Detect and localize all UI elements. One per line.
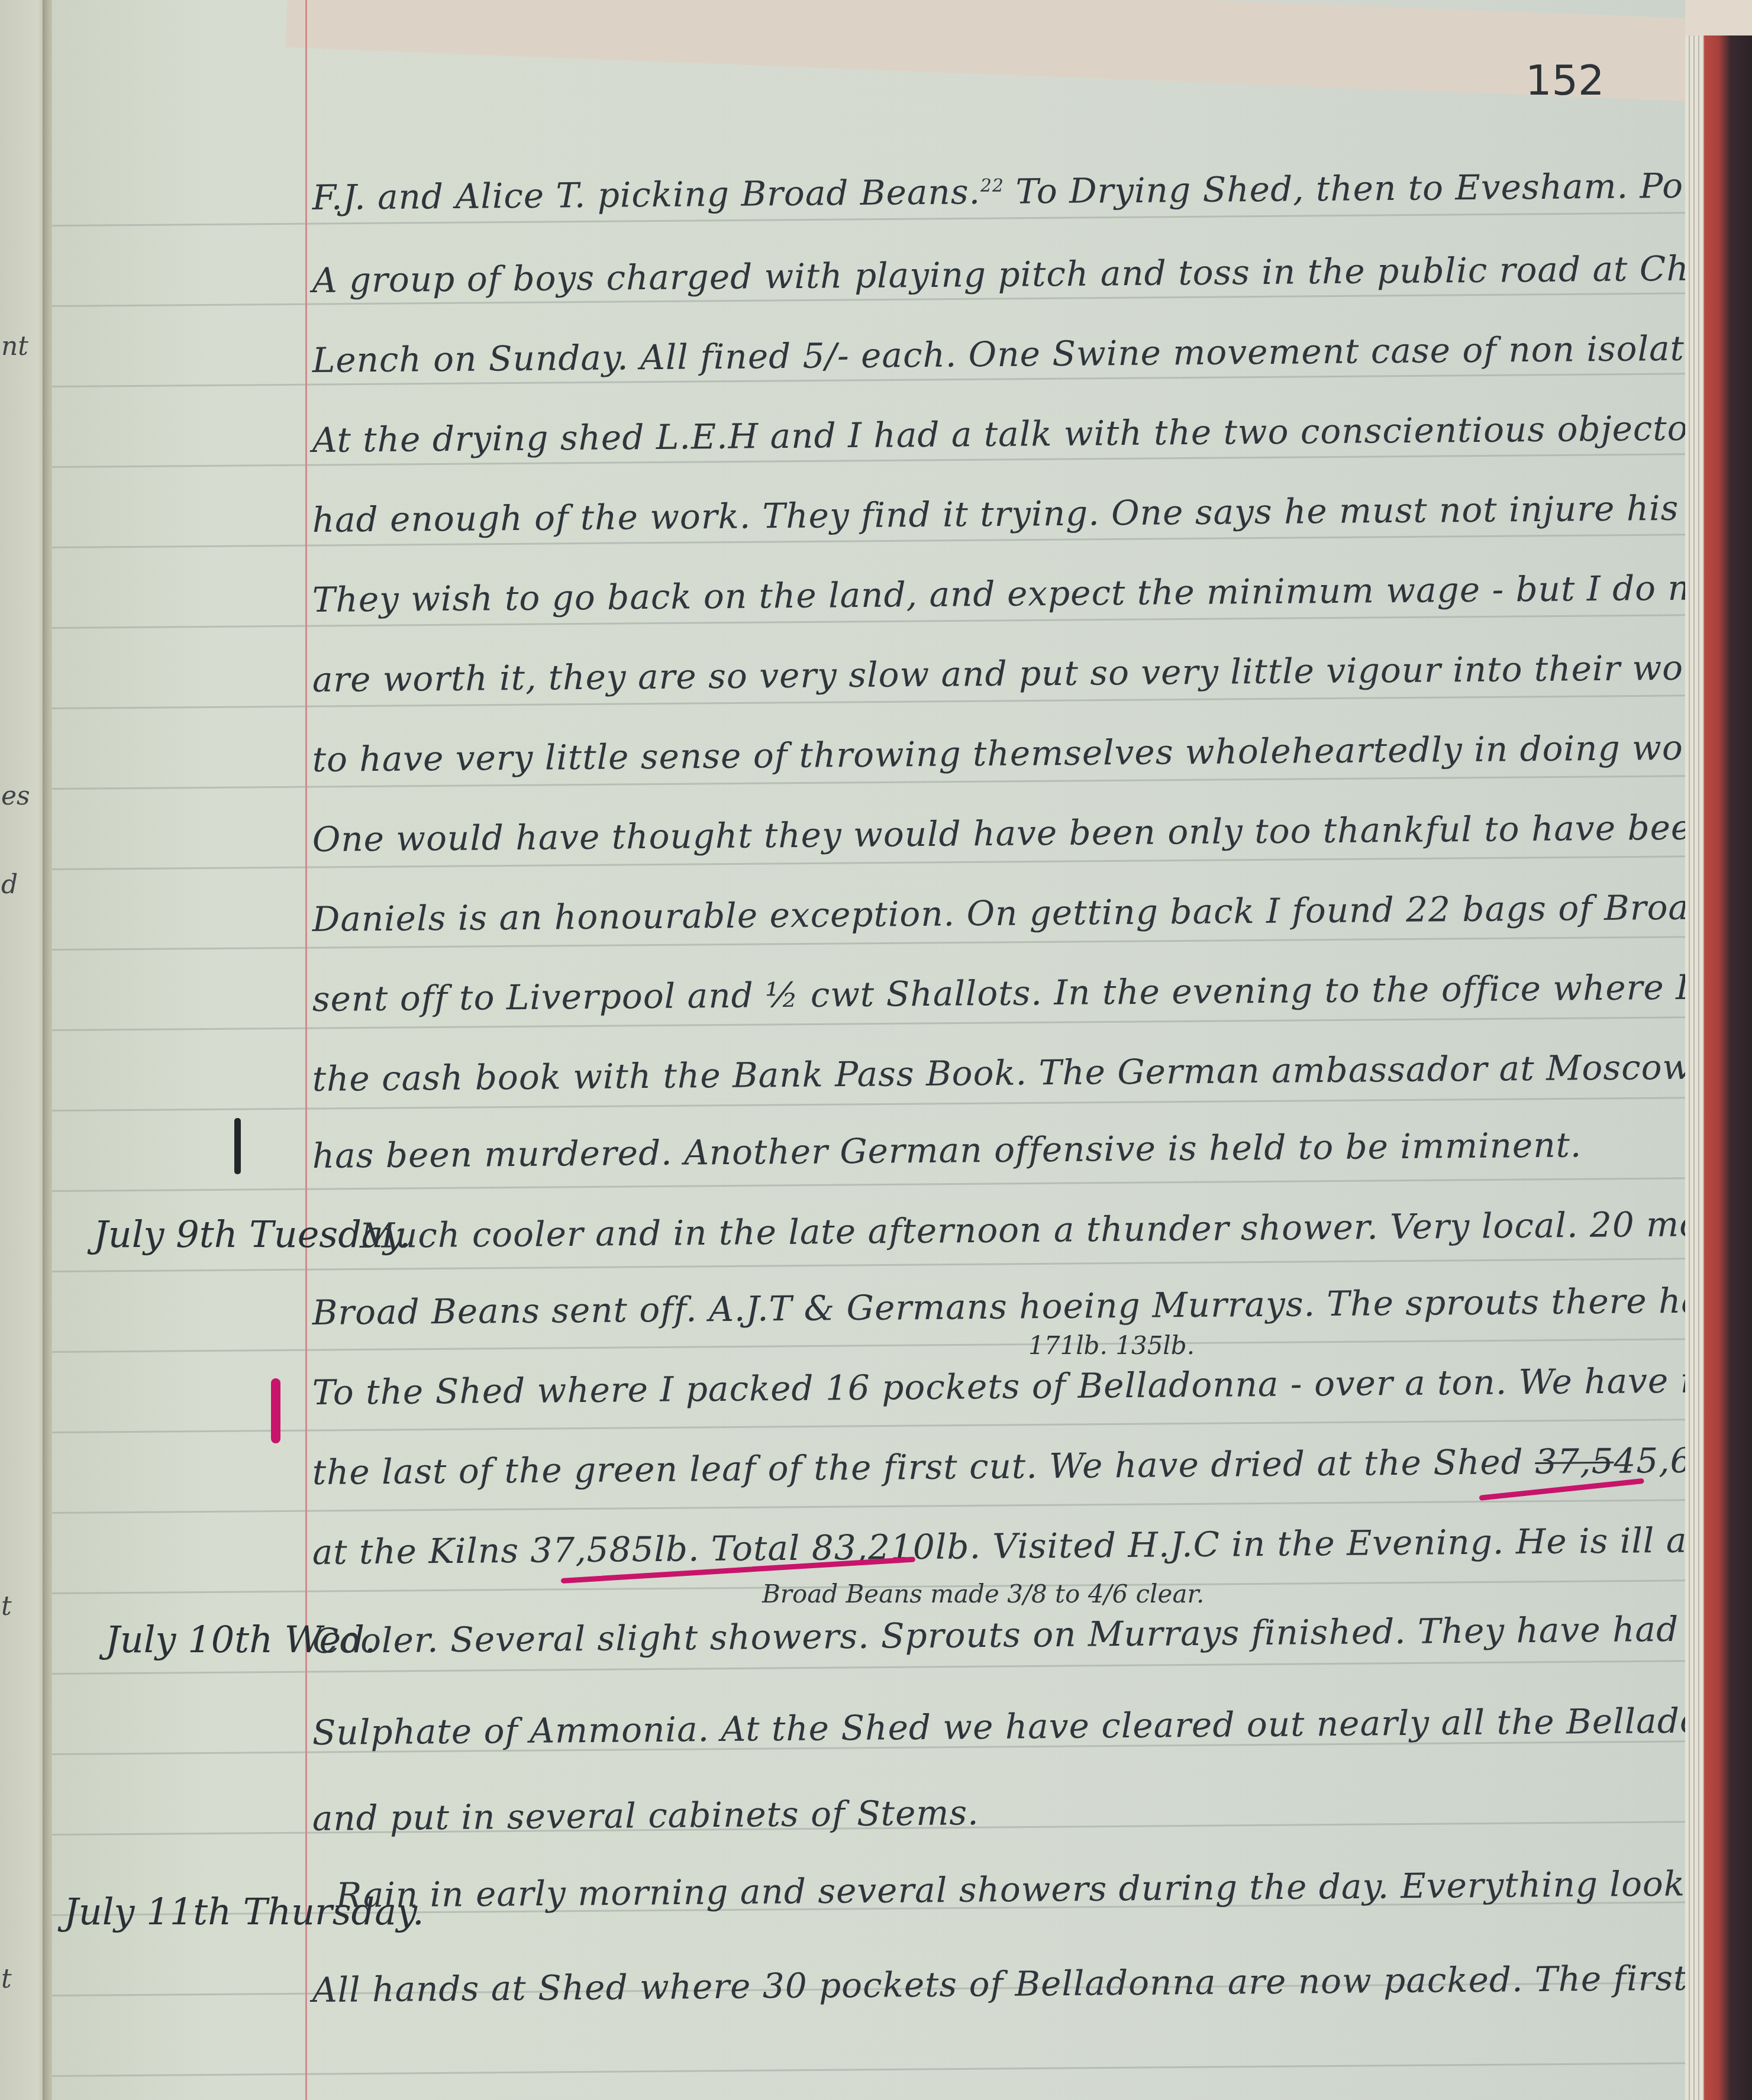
page-number: 152: [1525, 56, 1605, 105]
ruled-line: [52, 1338, 1685, 1353]
diary-line: the last of the green leaf of the first …: [312, 1439, 1685, 1492]
ruled-line: [52, 1258, 1685, 1272]
ruled-line: [52, 614, 1685, 629]
ruled-line: [52, 936, 1685, 951]
ruled-line: [52, 1499, 1685, 1514]
note-below-line: Broad Beans made 3/8 to 4/6 clear.: [762, 1579, 1204, 1608]
ruled-line: [52, 534, 1685, 548]
diary-line: has been murdered. Another German offens…: [312, 1125, 1582, 1176]
prev-page-fragment: es: [1, 781, 30, 811]
diary-line: at the Kilns 37,585lb. Total 83,210lb. V…: [312, 1519, 1685, 1572]
ruled-line: [52, 2062, 1685, 2077]
ruled-line: [52, 1177, 1685, 1192]
red-underlined-value: 37,585lb. Total 83,210lb.: [530, 1526, 981, 1571]
red-ink-mark-icon: [271, 1378, 280, 1443]
diary-line: had enough of the work. They find it try…: [312, 486, 1685, 540]
book-binding: [1704, 35, 1752, 2100]
red-underlined-value: 45,625lb.: [1614, 1439, 1685, 1481]
prev-page-fragment: t: [1, 1964, 12, 1994]
weight-annotation: 171lb. 135lb.: [1028, 1331, 1195, 1360]
diary-line: To the Shed where I packed 16 pockets of…: [312, 1359, 1685, 1413]
margin-rule: [305, 0, 307, 2100]
vertical-bar-mark-icon: [234, 1118, 241, 1174]
diary-line: One would have thought they would have b…: [312, 803, 1685, 860]
superscript-note: 22: [980, 175, 1004, 196]
prev-page-fragment: d: [1, 870, 18, 900]
diary-line: Cooler. Several slight showers. Sprouts …: [312, 1608, 1685, 1661]
ruled-line: [52, 855, 1685, 870]
diary-line: At the drying shed L.E.H and I had a tal…: [312, 406, 1685, 460]
diary-line: sent off to Liverpool and ½ cwt Shallots…: [312, 964, 1685, 1019]
diary-line: A group of boys charged with playing pit…: [312, 247, 1685, 301]
ruled-line: [52, 1016, 1685, 1031]
diary-line: Much cooler and in the late afternoon a …: [359, 1203, 1685, 1256]
ruled-line: [52, 694, 1685, 709]
diary-photo: nt es d t t 152 F.J. and Alice T. pickin…: [0, 0, 1752, 2100]
prev-page-fragment: t: [1, 1591, 12, 1621]
struck-value: 37,5: [1535, 1441, 1614, 1482]
previous-page-edge: nt es d t t: [0, 0, 47, 2100]
diary-line: to have very little sense of throwing th…: [312, 723, 1685, 780]
diary-line: and put in several cabinets of Stems.: [312, 1792, 979, 1839]
prev-page-fragment: nt: [1, 331, 28, 361]
diary-line: Rain in early morning and several shower…: [335, 1860, 1685, 1915]
ruled-line: [52, 1660, 1685, 1675]
diary-line: All hands at Shed where 30 pockets of Be…: [312, 1958, 1685, 2010]
ruled-line: [52, 1419, 1685, 1433]
ruled-line: [52, 212, 1685, 227]
ruled-line: [52, 1097, 1685, 1112]
diary-line: Lench on Sunday. All fined 5/- each. One…: [312, 327, 1685, 380]
diary-page: 152 F.J. and Alice T. picking Broad Bean…: [52, 0, 1685, 2100]
diary-line: Daniels is an honourable exception. On g…: [312, 884, 1685, 939]
diary-line: Sulphate of Ammonia. At the Shed we have…: [312, 1699, 1685, 1753]
diary-line: They wish to go back on the land, and ex…: [312, 564, 1685, 620]
diary-line: Broad Beans sent off. A.J.T & Germans ho…: [312, 1277, 1685, 1333]
diary-line: F.J. and Alice T. picking Broad Beans.22…: [312, 164, 1685, 218]
ruled-line: [52, 453, 1685, 468]
ruled-line: [52, 775, 1685, 790]
diary-line: are worth it, they are so very slow and …: [312, 645, 1685, 700]
diary-line: the cash book with the Bank Pass Book. T…: [312, 1047, 1685, 1099]
